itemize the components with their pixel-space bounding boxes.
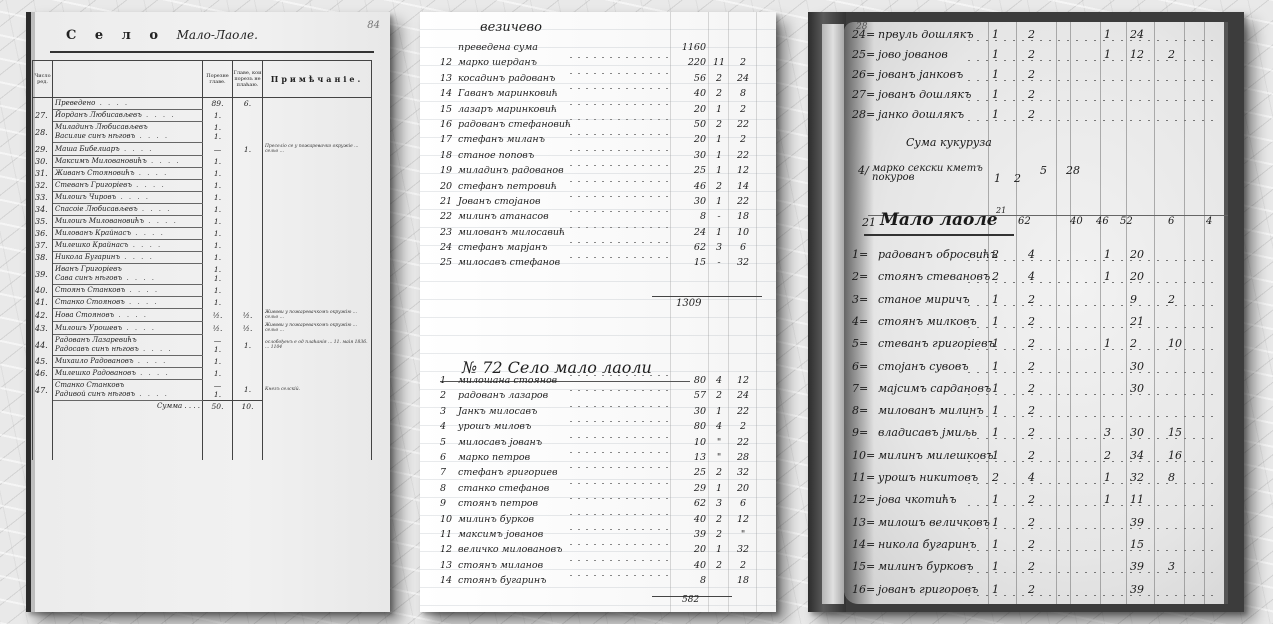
leader-dots	[570, 150, 670, 151]
notebook-row: 12=јова чкотићъ12111	[808, 493, 1244, 515]
leader-dots	[570, 119, 670, 120]
person-name: Стеванъ Григоріевъ . . . .	[53, 180, 203, 192]
person-name: Милошъ Миловановићъ . . . .	[53, 216, 203, 228]
ledger-row: 12марко шерданъ220112	[420, 57, 776, 72]
person-name: Милованъ Крайнасъ . . . .	[53, 228, 203, 240]
person-name: лазаръ маринковић	[458, 104, 557, 115]
value-4: 1	[1104, 471, 1111, 484]
exempt-count	[233, 168, 263, 180]
leader-dots	[570, 467, 670, 468]
exempt-count	[233, 192, 263, 204]
value-1: 1	[992, 404, 999, 417]
exempt-count: ½.	[233, 322, 263, 335]
leader-dots: . . . .	[134, 357, 168, 365]
person-name: Стоянъ Станковъ . . . .	[53, 285, 203, 297]
leader-dots: . . . .	[122, 324, 156, 332]
person-name: Иванъ ГригоріевъСава синъ нѣговъ . . . .	[53, 264, 203, 285]
amount-a: 40	[676, 514, 706, 525]
taxable-count: 1.	[203, 180, 233, 192]
row-number: 15	[440, 104, 458, 115]
leader-dots: . . . .	[122, 274, 156, 282]
table-row: 47.Станко СтанковъРадивой синъ нѣговъ . …	[33, 380, 372, 401]
value-2: 2	[1028, 538, 1035, 551]
table-row: 38.Никола Бугаринъ . . . .1.	[33, 252, 372, 264]
value-1: 1	[992, 28, 999, 41]
taxable-count: 1.	[203, 285, 233, 297]
value-5: 30	[1130, 382, 1144, 395]
value-2: 2	[1028, 68, 1035, 81]
value-2: 2	[1028, 88, 1035, 101]
exempt-count: ½.	[233, 309, 263, 322]
table-row: 34.Спасоіе Любисављевъ . . . .1.	[33, 204, 372, 216]
blank-cell	[233, 412, 263, 460]
ledger-row: 12величко миловановъ20132	[420, 544, 776, 559]
amount-b: 1	[712, 104, 726, 115]
amount-b: 2	[712, 560, 726, 571]
row-number: 7=	[852, 382, 868, 395]
leader-dots	[968, 572, 1218, 573]
header-number: Число ред.	[33, 61, 53, 98]
sum-label: Сума кукуруза	[906, 136, 992, 149]
value-4: 1	[1104, 28, 1111, 41]
remark-text	[263, 240, 372, 252]
row-number: 14	[440, 575, 458, 586]
row-number: 3	[440, 406, 458, 417]
value-6: 15	[1168, 426, 1182, 439]
person-name: Јанкъ милосавъ	[458, 406, 537, 417]
section-title: Мало лаоле	[880, 210, 998, 230]
value-2: 2	[1028, 315, 1035, 328]
row-number: 31.	[33, 168, 53, 180]
taxable-count: 1.	[203, 240, 233, 252]
person-name: стоянъ миланов	[458, 560, 543, 571]
value-5: 39	[1130, 583, 1144, 596]
taxable-count: ½.	[203, 322, 233, 335]
row-number: 20	[440, 181, 458, 192]
ledger-row: 10милинъ бурков40212	[420, 514, 776, 529]
person-name: милинъ атанасов	[458, 211, 549, 222]
table-row: 43.Милошъ Урошевъ . . . .½.½.Живови у по…	[33, 322, 372, 335]
table-row: 35.Милошъ Миловановићъ . . . .1.	[33, 216, 372, 228]
amount-b: "	[712, 452, 726, 463]
amount-a: 30	[676, 150, 706, 161]
value-5: 12	[1130, 48, 1144, 61]
register-table: Число ред. Порезне главе. Главе, кои пор…	[32, 60, 372, 460]
title-printed: С е л о	[66, 28, 165, 43]
notebook-row: 1=радованъ обросвићъ24120	[808, 248, 1244, 270]
value-6: 2	[1168, 293, 1175, 306]
row-number: 5=	[852, 337, 868, 350]
person-name: Јованъ стојанов	[458, 196, 541, 207]
header-exempt: Главе, кои порезъ не плаћаю.	[233, 61, 263, 98]
row-number: 41.	[33, 297, 53, 309]
leader-dots	[968, 260, 1218, 261]
row-number: 21	[440, 196, 458, 207]
row-number: 12	[440, 544, 458, 555]
person-name: Милешко Крайнасъ . . . .	[53, 240, 203, 252]
value-1: 1	[992, 88, 999, 101]
amount-c: 32	[732, 467, 754, 478]
row-number	[33, 401, 53, 413]
value-2: 2	[1028, 583, 1035, 596]
amount-a: 62	[676, 498, 706, 509]
amount-a: 10	[676, 437, 706, 448]
amount-a: 56	[676, 73, 706, 84]
remark-text: ослобођенъ е од плаћанія ... 11. маія 18…	[263, 335, 372, 356]
leader-dots: . . . .	[138, 205, 172, 213]
amount-c: 10	[732, 227, 754, 238]
leader-dots	[570, 88, 670, 89]
exempt-count	[233, 285, 263, 297]
amount-a: 13	[676, 452, 706, 463]
leader-dots	[968, 100, 1218, 101]
value-6: 3	[1168, 560, 1175, 573]
person-name: владисавъ јмиљь	[878, 426, 977, 439]
leader-dots	[968, 372, 1218, 373]
person-name: максимъ јованов	[458, 529, 543, 540]
value-1: 1	[992, 293, 999, 306]
leader-dots	[968, 505, 1218, 506]
section-value-2: 40	[1070, 216, 1083, 227]
person-name: стефанъ петровић	[458, 181, 557, 192]
row-number: 9=	[852, 426, 868, 439]
value-2: 2	[1028, 516, 1035, 529]
amount-b: 3	[712, 242, 726, 253]
remark-text: Кнезъ селскій.	[263, 380, 372, 401]
value-5: 32	[1130, 471, 1144, 484]
carried-value: 1160	[676, 42, 706, 53]
amount-b: 1	[712, 165, 726, 176]
taxable-count: 1.	[203, 156, 233, 168]
amount-c: 24	[732, 73, 754, 84]
amount-b: 2	[712, 119, 726, 130]
row-number: 2=	[852, 270, 868, 283]
row-number: 29.	[33, 143, 53, 156]
row-number: 17	[440, 134, 458, 145]
person-name: Радованъ ЛазаревићъРадосавъ синъ нѣговъ …	[53, 335, 203, 356]
amount-a: 8	[676, 575, 706, 586]
blank-cell	[53, 412, 203, 460]
row-number: 27=	[852, 88, 875, 101]
value-5: 20	[1130, 248, 1144, 261]
section-row: 21Мало лаоле216240465264	[808, 214, 1244, 236]
ledger-row: 4урошъ миловъ8042	[420, 421, 776, 436]
value-6: 16	[1168, 449, 1182, 462]
table-row: 42.Нова Стояновъ . . . .½.½.Живови у пож…	[33, 309, 372, 322]
amount-b: -	[712, 211, 726, 222]
leader-dots	[570, 73, 670, 74]
taxable-count: 89.	[203, 98, 233, 110]
taxable-count: —1.	[203, 335, 233, 356]
row-number: 43.	[33, 322, 53, 335]
value-5: 21	[1130, 315, 1144, 328]
ledger-row: 14стоянъ бугаринъ818	[420, 575, 776, 590]
handwritten-ledger-scan: везичево преведена сума116012марко шерда…	[420, 12, 776, 612]
row-number: 45.	[33, 356, 53, 368]
value-5: 24	[1130, 28, 1144, 41]
exempt-count	[233, 180, 263, 192]
person-name: јованъ јанковъ	[878, 68, 963, 81]
amount-b: 2	[712, 181, 726, 192]
leader-dots	[570, 544, 670, 545]
amount-b: 1	[712, 150, 726, 161]
ledger-row: 15лазаръ маринковић2012	[420, 104, 776, 119]
leader-dots	[968, 60, 1218, 61]
row-number: 1	[440, 375, 458, 386]
row-number: 4	[440, 421, 458, 432]
row-number: 40.	[33, 285, 53, 297]
person-name: станко стефанов	[458, 483, 549, 494]
amount-a: 40	[676, 560, 706, 571]
row-number: 6	[440, 452, 458, 463]
row-number: 12	[440, 57, 458, 68]
amount-c: 12	[732, 514, 754, 525]
person-name: стефанъ миланъ	[458, 134, 545, 145]
remark-text	[263, 356, 372, 368]
amount-a: 50	[676, 119, 706, 130]
value-1: 1	[992, 516, 999, 529]
value-5: 39	[1130, 560, 1144, 573]
amount-c: 12	[732, 165, 754, 176]
leader-dots	[968, 394, 1218, 395]
value-5: 39	[1130, 516, 1144, 529]
leader-dots	[570, 575, 670, 576]
row-number: 38.	[33, 252, 53, 264]
ledger-row: 2радованъ лазаров57224	[420, 390, 776, 405]
header-name	[53, 61, 203, 98]
value-2: 2	[1028, 293, 1035, 306]
row-number: 46.	[33, 368, 53, 380]
amount-b: 4	[712, 421, 726, 432]
taxable-count: 1.	[203, 368, 233, 380]
amount-a: 46	[676, 181, 706, 192]
value-4: 3	[1104, 426, 1111, 439]
title-village: Мало-Лаоле.	[177, 28, 258, 42]
person-name: миладинъ радованов	[458, 165, 564, 176]
ledger-row: 25милосавъ стефанов15-32	[420, 257, 776, 272]
leader-dots	[570, 257, 670, 258]
leader-dots	[570, 560, 670, 561]
person-name: величко миловановъ	[458, 544, 562, 555]
amount-b: 1	[712, 544, 726, 555]
table-row: 28.Миладинъ ЛюбисављевъВасилие синъ нѣго…	[33, 122, 372, 143]
row-number: 5	[440, 437, 458, 448]
value-6: 2	[1168, 48, 1175, 61]
header-remarks: Примѣчаніе.	[263, 61, 372, 98]
leader-dots	[570, 104, 670, 105]
leader-dots: . . . .	[135, 390, 169, 398]
person-name: Станко Стояновъ . . . .	[53, 297, 203, 309]
amount-b: 2	[712, 467, 726, 478]
printed-register-scan: С е л о Мало-Лаоле. 84 Число ред. Порезн…	[26, 12, 390, 612]
value-1: 1	[992, 493, 999, 506]
row-number: 13	[440, 560, 458, 571]
person-name: милосавъ стефанов	[458, 257, 560, 268]
amount-c: "	[732, 529, 754, 540]
row-number: 24=	[852, 28, 875, 41]
taxable-count: 1.	[203, 228, 233, 240]
amount-a: 29	[676, 483, 706, 494]
amount-c: 18	[732, 575, 754, 586]
value-1: 2	[992, 471, 999, 484]
amount-c: 2	[732, 560, 754, 571]
person-name: Йорданъ Любисављевъ . . . .	[53, 110, 203, 122]
leader-dots: . . . .	[120, 145, 154, 153]
leader-dots	[570, 514, 670, 515]
row-number: 42.	[33, 309, 53, 322]
amount-a: 20	[676, 134, 706, 145]
value-1: 1	[992, 538, 999, 551]
ledger-row: 8станко стефанов29120	[420, 483, 776, 498]
blank-row	[33, 412, 372, 460]
taxable-count: 1.	[203, 356, 233, 368]
section-value-5: 6	[1168, 216, 1174, 227]
blank-cell	[33, 412, 53, 460]
person-name: радованъ стефановић	[458, 119, 571, 130]
exempt-count	[233, 110, 263, 122]
leader-dots	[968, 595, 1218, 596]
leader-dots: . . . .	[135, 169, 169, 177]
notebook-row: 11=урошъ никитовъ241328	[808, 471, 1244, 493]
person-name: Спасоіе Любисављевъ . . . .	[53, 204, 203, 216]
amount-c: 32	[732, 544, 754, 555]
amount-c: 28	[732, 452, 754, 463]
leader-dots	[570, 211, 670, 212]
ledger-row: 19миладинъ радованов25112	[420, 165, 776, 180]
value-2: 2	[1028, 382, 1035, 395]
person-name: јанко дошлякъ	[878, 108, 964, 121]
amount-a: 20	[676, 104, 706, 115]
value-1: 1	[992, 449, 999, 462]
row-number: 9	[440, 498, 458, 509]
value-1: 1	[992, 583, 999, 596]
leader-dots: . . . .	[128, 241, 162, 249]
row-number: 26=	[852, 68, 875, 81]
leader-dots	[570, 181, 670, 182]
amount-c: 18	[732, 211, 754, 222]
ledger-row: 18станое поповъ30122	[420, 150, 776, 165]
remark-text	[263, 228, 372, 240]
amount-c: 2	[732, 134, 754, 145]
ledger-row: 11максимъ јованов392"	[420, 529, 776, 544]
notebook-row: 7=мајсимъ сардановъ1230	[808, 382, 1244, 404]
notebook-row: 2=стоянъ стевановъ24120	[808, 270, 1244, 292]
row-number: 10=	[852, 449, 875, 462]
value-5: 30	[1130, 360, 1144, 373]
section-rows: 1милошана стоянов804122радованъ лазаров5…	[420, 375, 776, 590]
remark-text	[263, 98, 372, 110]
value-1: 1	[992, 360, 999, 373]
remark-text	[263, 401, 372, 413]
row-number: 33.	[33, 192, 53, 204]
person-name: Милошъ Чировъ . . . .	[53, 192, 203, 204]
table-row: 33.Милошъ Чировъ . . . .1.	[33, 192, 372, 204]
amount-a: 40	[676, 88, 706, 99]
ledger-row: 20стефанъ петровић46214	[420, 181, 776, 196]
register-body: Преведено . . . .89.6.27.Йорданъ Любисав…	[33, 98, 372, 461]
person-name: Станко СтанковъРадивой синъ нѣговъ . . .…	[53, 380, 203, 401]
blank-cell	[263, 412, 372, 460]
remark-text: Живови у пожаревачкомъ окружію ... сельо…	[263, 309, 372, 322]
value-4: 1	[1104, 337, 1111, 350]
amount-a: 30	[676, 406, 706, 417]
ledger-row: 5милосавъ јованъ10"22	[420, 437, 776, 452]
exempt-count	[233, 216, 263, 228]
amount-c: 22	[732, 196, 754, 207]
page-number: 84	[367, 20, 380, 31]
row-number: 28.	[33, 122, 53, 143]
ledger-rows: преведена сума116012марко шерданъ2201121…	[420, 42, 776, 273]
amount-c: 12	[732, 375, 754, 386]
value-5: 20	[1130, 270, 1144, 283]
amount-c: 6	[732, 498, 754, 509]
leader-dots	[570, 483, 670, 484]
row-number: 3=	[852, 293, 868, 306]
ledger-row: 3Јанкъ милосавъ30122	[420, 406, 776, 421]
notebook-row: 14=никола бугаринъ1215	[808, 538, 1244, 560]
notebook-row: 24=првуль дошлякъ12124	[808, 28, 1244, 50]
amount-a: 39	[676, 529, 706, 540]
row-number: 11	[440, 529, 458, 540]
leader-dots	[570, 375, 670, 376]
remark-text	[263, 110, 372, 122]
row-number: 2	[440, 390, 458, 401]
person-name: Михаило Радовановъ . . . .	[53, 356, 203, 368]
remark-text	[263, 252, 372, 264]
taxable-count: 1.	[203, 110, 233, 122]
person-name: стоянъ петров	[458, 498, 538, 509]
value-5: 9	[1130, 293, 1137, 306]
row-number: 4=	[852, 315, 868, 328]
amount-b: 1	[712, 227, 726, 238]
amount-a: 57	[676, 390, 706, 401]
value-1: 1	[992, 48, 999, 61]
table-row: 30.Максимъ Миловановићъ . . . .1.	[33, 156, 372, 168]
value-5: 2	[1130, 337, 1137, 350]
table-row: 39.Иванъ ГригоріевъСава синъ нѣговъ . . …	[33, 264, 372, 285]
leader-dots	[570, 406, 670, 407]
exempt-count	[233, 122, 263, 143]
row-number: 27.	[33, 110, 53, 122]
row-number: 16=	[852, 583, 875, 596]
value-2: 2	[1028, 360, 1035, 373]
amount-a: 25	[676, 165, 706, 176]
table-row: 32.Стеванъ Григоріевъ . . . .1.	[33, 180, 372, 192]
leader-dots	[570, 421, 670, 422]
leader-dots	[968, 550, 1218, 551]
row-number	[33, 98, 53, 110]
header-taxable: Порезне главе.	[203, 61, 233, 98]
person-name: јованъ дошлякъ	[878, 88, 971, 101]
row-number: 35.	[33, 216, 53, 228]
value-2: 2	[1028, 426, 1035, 439]
value-1: 1	[992, 108, 999, 121]
person-name: Максимъ Миловановићъ . . . .	[53, 156, 203, 168]
value-2: 2	[1028, 337, 1035, 350]
register-title: С е л о Мало-Лаоле.	[66, 28, 258, 43]
leader-dots	[570, 437, 670, 438]
amount-c: 2	[732, 421, 754, 432]
table-row: 41.Станко Стояновъ . . . .1.	[33, 297, 372, 309]
leader-dots	[570, 452, 670, 453]
value-2: 2	[1028, 28, 1035, 41]
ledger-row: 24стефанъ марјанъ6236	[420, 242, 776, 257]
leader-dots: . . . .	[125, 286, 159, 294]
row-number: 14=	[852, 538, 875, 551]
value-2: 2	[1028, 493, 1035, 506]
row-number: 37.	[33, 240, 53, 252]
value-2: 2	[1028, 108, 1035, 121]
